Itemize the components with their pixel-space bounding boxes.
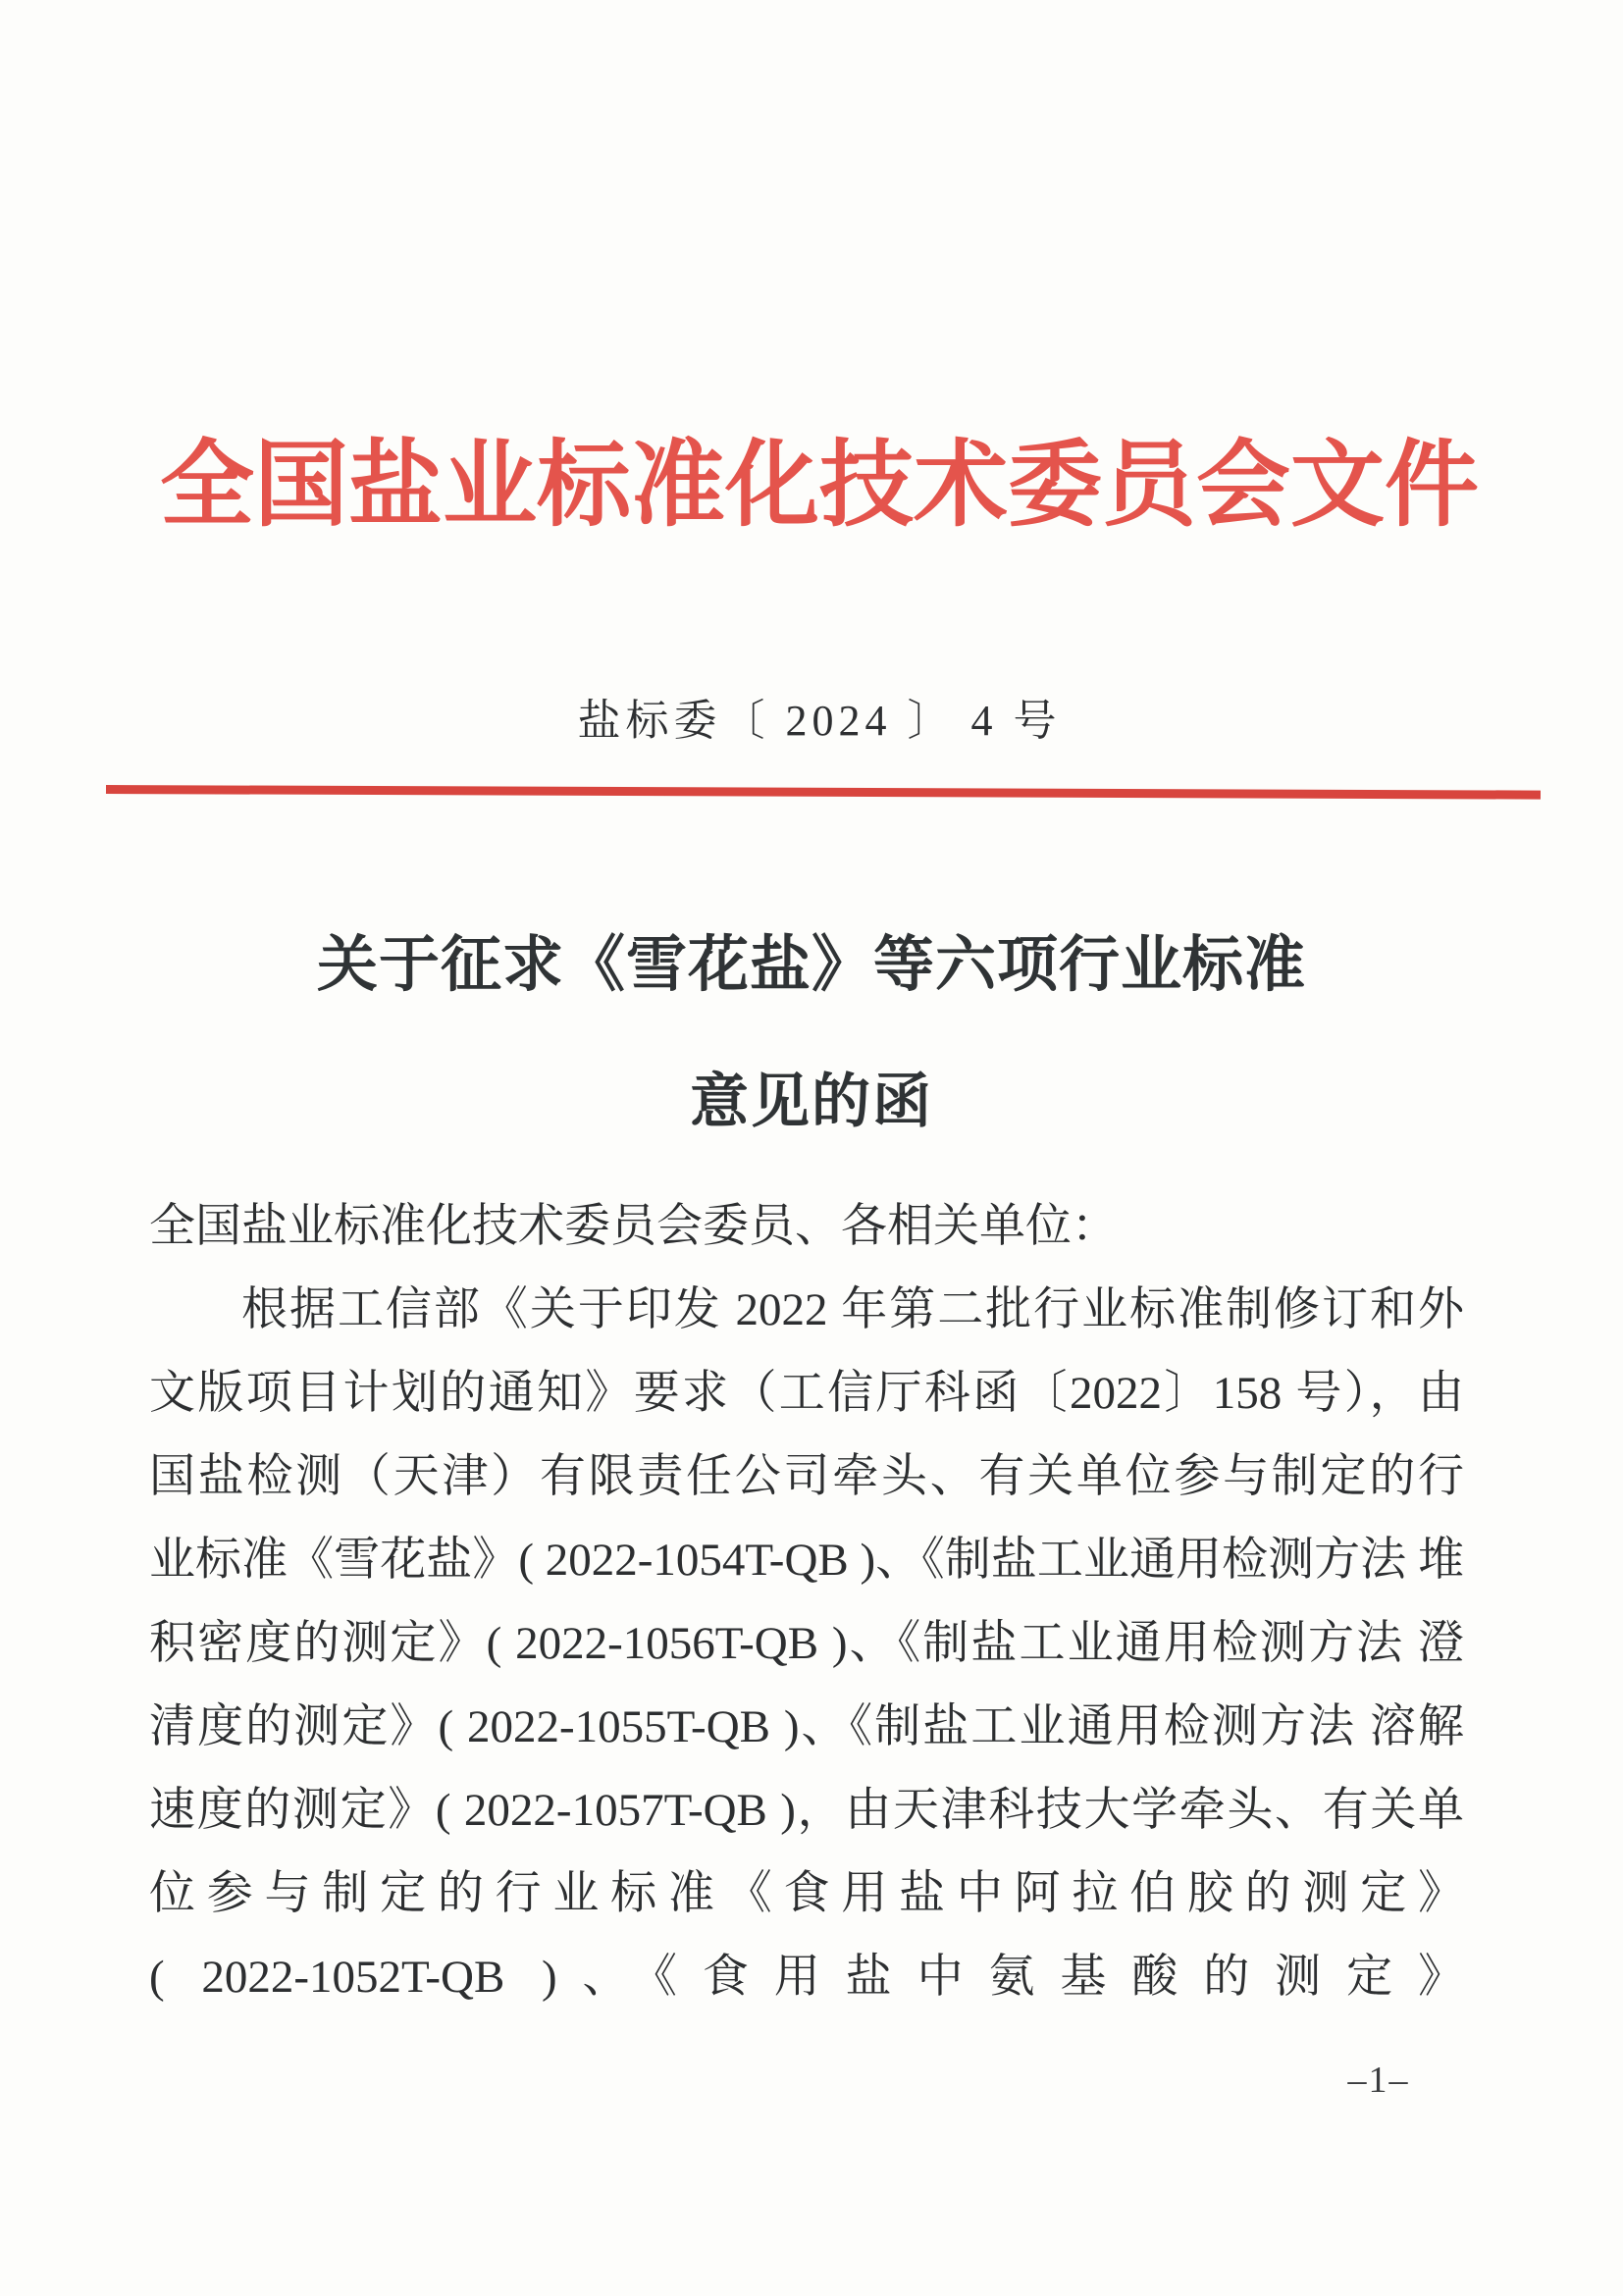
body-line: 全国盐业标准化技术委员会委员、各相关单位： <box>149 1185 1464 1269</box>
body-line: 速度的测定》( 2022-1057T-QB )，由天津科技大学牵头、有关单 <box>149 1769 1464 1852</box>
page-number: –1– <box>1315 2059 1442 2102</box>
document-number: 盐标委〔 2024 〕 4 号 <box>0 685 1623 748</box>
body-line: 积密度的测定》( 2022-1056T-QB )、《制盐工业通用检测方法 澄 <box>149 1602 1464 1686</box>
document-header-title: 全国盐业标准化技术委员会文件 <box>147 434 1492 538</box>
body-line: 国盐检测（天津）有限责任公司牵头、有关单位参与制定的行 <box>149 1435 1464 1519</box>
body-line: ( 2022-1052T-QB )、《食用盐中氨基酸的测定》 <box>149 1936 1464 2019</box>
body-line: 清度的测定》( 2022-1055T-QB )、《制盐工业通用检测方法 溶解 <box>149 1686 1464 1769</box>
body-line: 文版项目计划的通知》要求（工信厅科函〔2022〕158 号），由 <box>149 1352 1464 1435</box>
letter-title-line2: 意见的函 <box>0 1070 1623 1134</box>
body-line: 位参与制定的行业标准《食用盐中阿拉伯胶的测定》 <box>149 1852 1464 1936</box>
letter-body: 全国盐业标准化技术委员会委员、各相关单位：根据工信部《关于印发 2022 年第二… <box>149 1185 1464 2019</box>
body-line: 根据工信部《关于印发 2022 年第二批行业标准制修订和外 <box>149 1269 1464 1352</box>
header-divider-rule <box>106 785 1541 800</box>
letter-title: 关于征求《雪花盐》等六项行业标准 意见的函 <box>0 932 1623 1134</box>
letter-title-line1: 关于征求《雪花盐》等六项行业标准 <box>0 932 1623 999</box>
document-page: 全国盐业标准化技术委员会文件 盐标委〔 2024 〕 4 号 关于征求《雪花盐》… <box>0 0 1623 2296</box>
body-line: 业标准《雪花盐》( 2022-1054T-QB )、《制盐工业通用检测方法 堆 <box>149 1519 1464 1602</box>
